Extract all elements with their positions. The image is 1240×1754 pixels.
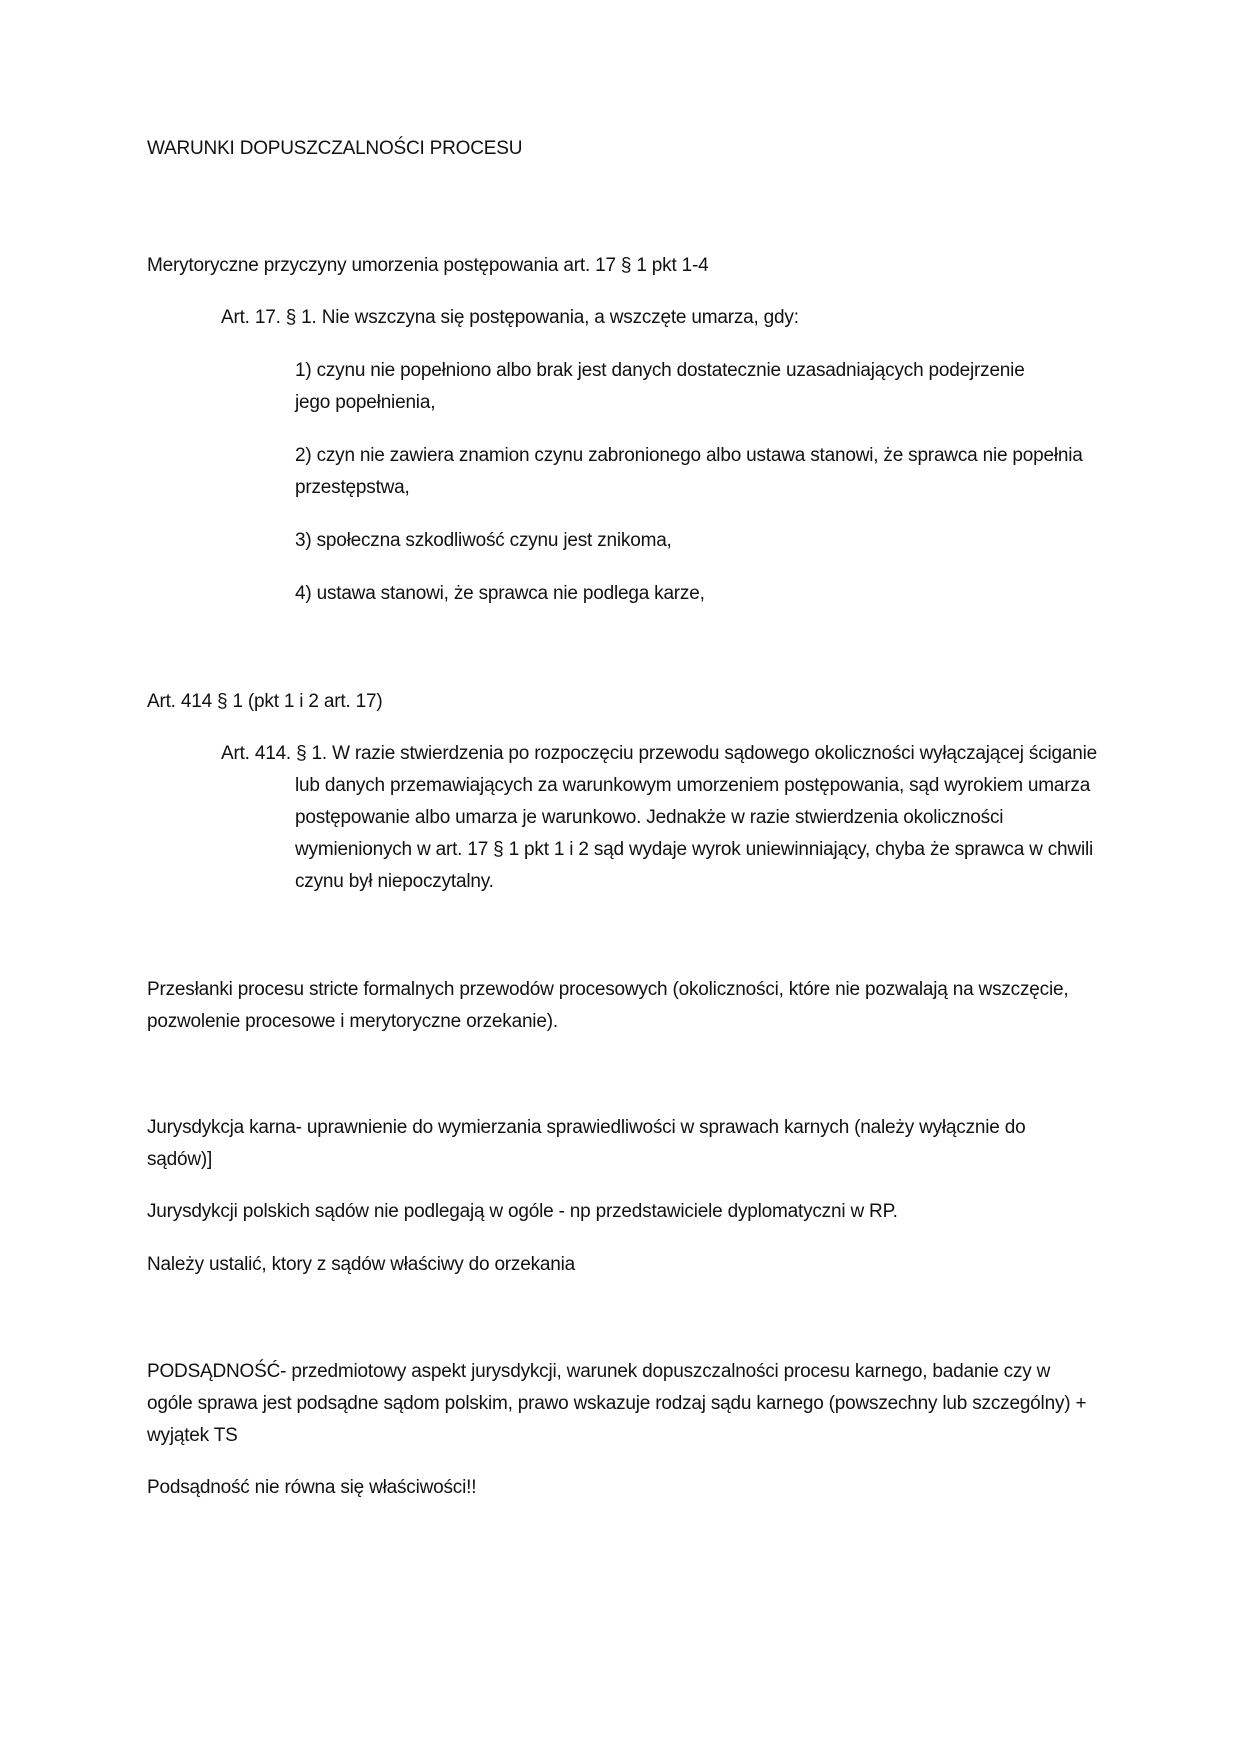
list-item-3: 3) społeczna szkodliwość czynu jest znik… [295,525,1095,557]
podsadnosc-definition: PODSĄDNOŚĆ- przedmiotowy aspekt jurysdyk… [147,1356,1092,1452]
section2-heading: Art. 414 § 1 (pkt 1 i 2 art. 17) [147,686,1097,718]
list-item-4: 4) ustawa stanowi, że sprawca nie podleg… [295,578,1095,610]
document-title: WARUNKI DOPUSZCZALNOŚCI PROCESU [147,133,1097,165]
article-17-intro: Art. 17. § 1. Nie wszczyna się postępowa… [221,302,1101,334]
jurisdiction-note: Należy ustalić, ktory z sądów właściwy d… [147,1249,1097,1281]
podsadnosc-note: Podsądność nie równa się właściwości!! [147,1472,1097,1504]
list-item-2: 2) czyn nie zawiera znamion czynu zabron… [295,440,1100,504]
list-item-1: 1) czynu nie popełniono albo brak jest d… [295,355,1055,419]
document-page: WARUNKI DOPUSZCZALNOŚCI PROCESU Merytory… [0,0,1240,1754]
article-414-text: Art. 414. § 1. W razie stwierdzenia po r… [221,738,1101,898]
section3-text: Przesłanki procesu stricte formalnych pr… [147,974,1097,1038]
section1-heading: Merytoryczne przyczyny umorzenia postępo… [147,250,1097,282]
jurisdiction-definition: Jurysdykcja karna- uprawnienie do wymier… [147,1112,1047,1176]
jurisdiction-exemption: Jurysdykcji polskich sądów nie podlegają… [147,1196,1097,1228]
